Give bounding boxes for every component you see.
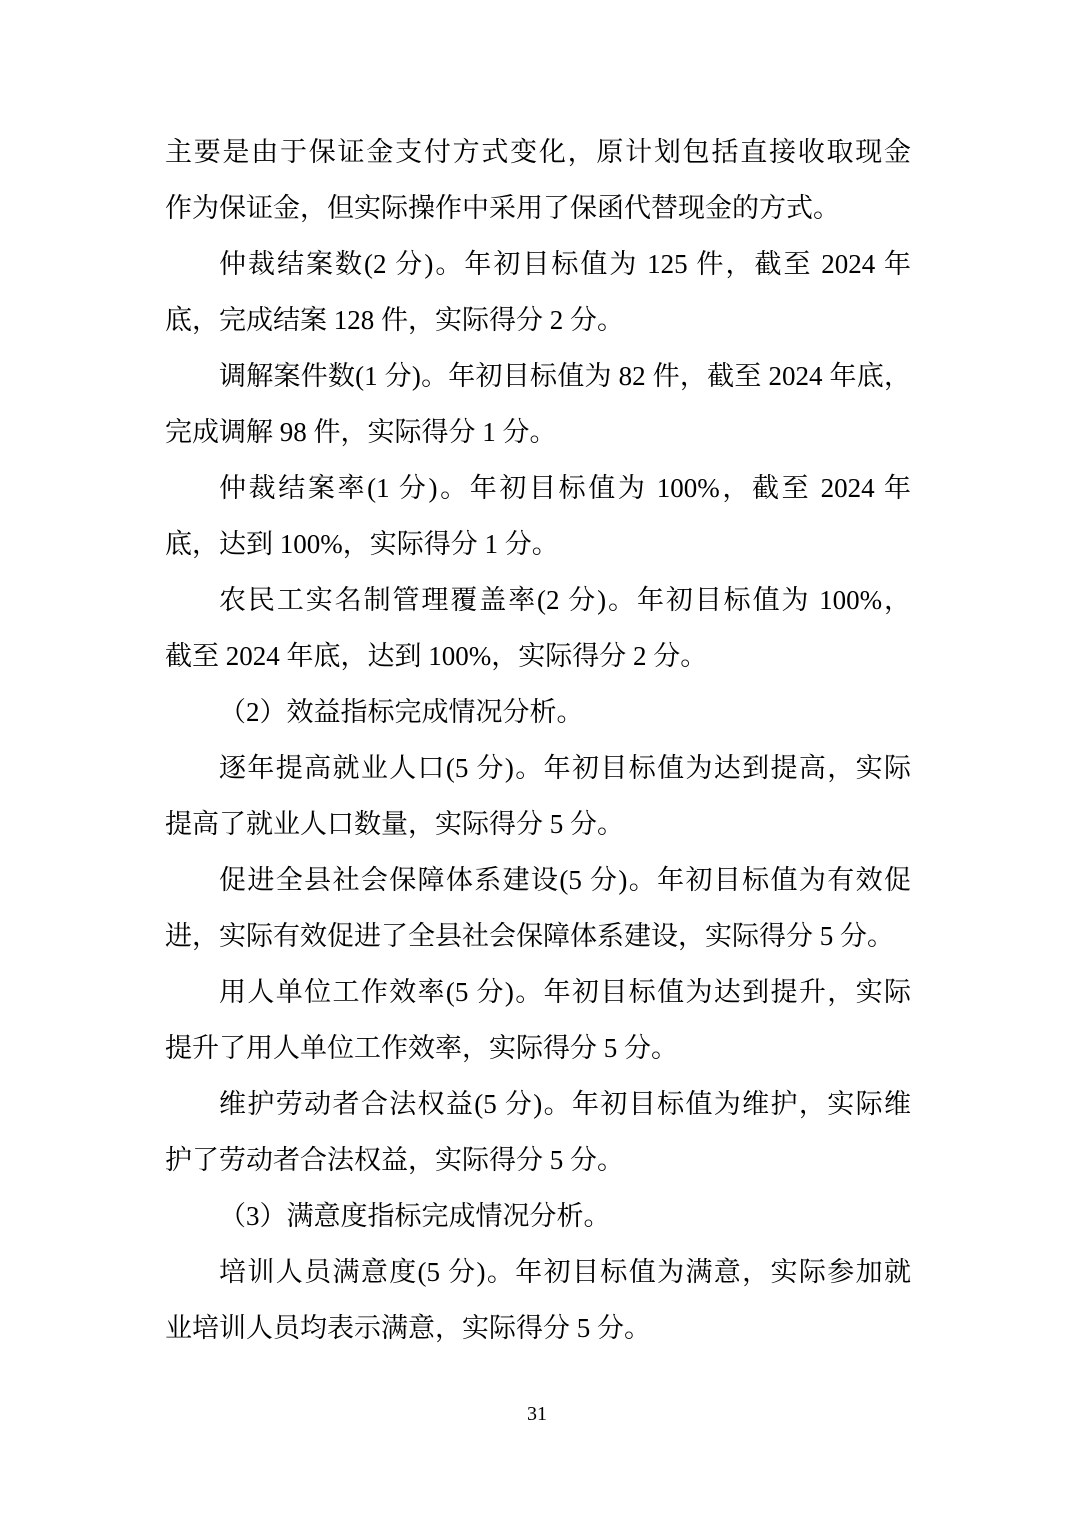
paragraph: 农民工实名制管理覆盖率(2 分)。年初目标值为 100%，截至 2024 年底，… bbox=[165, 572, 911, 684]
paragraph: 仲裁结案率(1 分)。年初目标值为 100%，截至 2024 年底，达到 100… bbox=[165, 460, 911, 572]
paragraph: （3）满意度指标完成情况分析。 bbox=[165, 1188, 911, 1244]
paragraph: 调解案件数(1 分)。年初目标值为 82 件，截至 2024 年底，完成调解 9… bbox=[165, 348, 911, 460]
text-line: 仲裁结案数(2 分)。年初目标值为 125 件，截至 2024 年 bbox=[165, 236, 911, 292]
text-line: 调解案件数(1 分)。年初目标值为 82 件，截至 2024 年底， bbox=[165, 348, 911, 404]
text-line: 农民工实名制管理覆盖率(2 分)。年初目标值为 100%， bbox=[165, 572, 911, 628]
paragraph: 逐年提高就业人口(5 分)。年初目标值为达到提高，实际提高了就业人口数量，实际得… bbox=[165, 740, 911, 852]
page-number: 31 bbox=[527, 1403, 547, 1425]
paragraph: （2）效益指标完成情况分析。 bbox=[165, 684, 911, 740]
text-line: 培训人员满意度(5 分)。年初目标值为满意，实际参加就 bbox=[165, 1244, 911, 1300]
paragraph: 维护劳动者合法权益(5 分)。年初目标值为维护，实际维护了劳动者合法权益，实际得… bbox=[165, 1076, 911, 1188]
text-line: 提高了就业人口数量，实际得分 5 分。 bbox=[165, 796, 911, 852]
text-line: （2）效益指标完成情况分析。 bbox=[165, 684, 911, 740]
text-line: 作为保证金，但实际操作中采用了保函代替现金的方式。 bbox=[165, 180, 911, 236]
text-line: 底，达到 100%，实际得分 1 分。 bbox=[165, 516, 911, 572]
paragraph: 用人单位工作效率(5 分)。年初目标值为达到提升，实际提升了用人单位工作效率，实… bbox=[165, 964, 911, 1076]
text-line: 截至 2024 年底，达到 100%，实际得分 2 分。 bbox=[165, 628, 911, 684]
text-line: （3）满意度指标完成情况分析。 bbox=[165, 1188, 911, 1244]
text-line: 完成调解 98 件，实际得分 1 分。 bbox=[165, 404, 911, 460]
page-footer: 31 bbox=[0, 1402, 1074, 1426]
text-line: 维护劳动者合法权益(5 分)。年初目标值为维护，实际维 bbox=[165, 1076, 911, 1132]
text-line: 底，完成结案 128 件，实际得分 2 分。 bbox=[165, 292, 911, 348]
text-line: 用人单位工作效率(5 分)。年初目标值为达到提升，实际 bbox=[165, 964, 911, 1020]
document-body: 主要是由于保证金支付方式变化，原计划包括直接收取现金作为保证金，但实际操作中采用… bbox=[165, 124, 911, 1356]
text-line: 业培训人员均表示满意，实际得分 5 分。 bbox=[165, 1300, 911, 1356]
text-line: 主要是由于保证金支付方式变化，原计划包括直接收取现金 bbox=[165, 124, 911, 180]
text-line: 促进全县社会保障体系建设(5 分)。年初目标值为有效促 bbox=[165, 852, 911, 908]
paragraph: 主要是由于保证金支付方式变化，原计划包括直接收取现金作为保证金，但实际操作中采用… bbox=[165, 124, 911, 236]
text-line: 逐年提高就业人口(5 分)。年初目标值为达到提高，实际 bbox=[165, 740, 911, 796]
text-line: 仲裁结案率(1 分)。年初目标值为 100%，截至 2024 年 bbox=[165, 460, 911, 516]
text-line: 进，实际有效促进了全县社会保障体系建设，实际得分 5 分。 bbox=[165, 908, 911, 964]
document-page: 主要是由于保证金支付方式变化，原计划包括直接收取现金作为保证金，但实际操作中采用… bbox=[0, 0, 1074, 1520]
text-line: 提升了用人单位工作效率，实际得分 5 分。 bbox=[165, 1020, 911, 1076]
paragraph: 仲裁结案数(2 分)。年初目标值为 125 件，截至 2024 年底，完成结案 … bbox=[165, 236, 911, 348]
paragraph: 培训人员满意度(5 分)。年初目标值为满意，实际参加就业培训人员均表示满意，实际… bbox=[165, 1244, 911, 1356]
paragraph: 促进全县社会保障体系建设(5 分)。年初目标值为有效促进，实际有效促进了全县社会… bbox=[165, 852, 911, 964]
text-line: 护了劳动者合法权益，实际得分 5 分。 bbox=[165, 1132, 911, 1188]
